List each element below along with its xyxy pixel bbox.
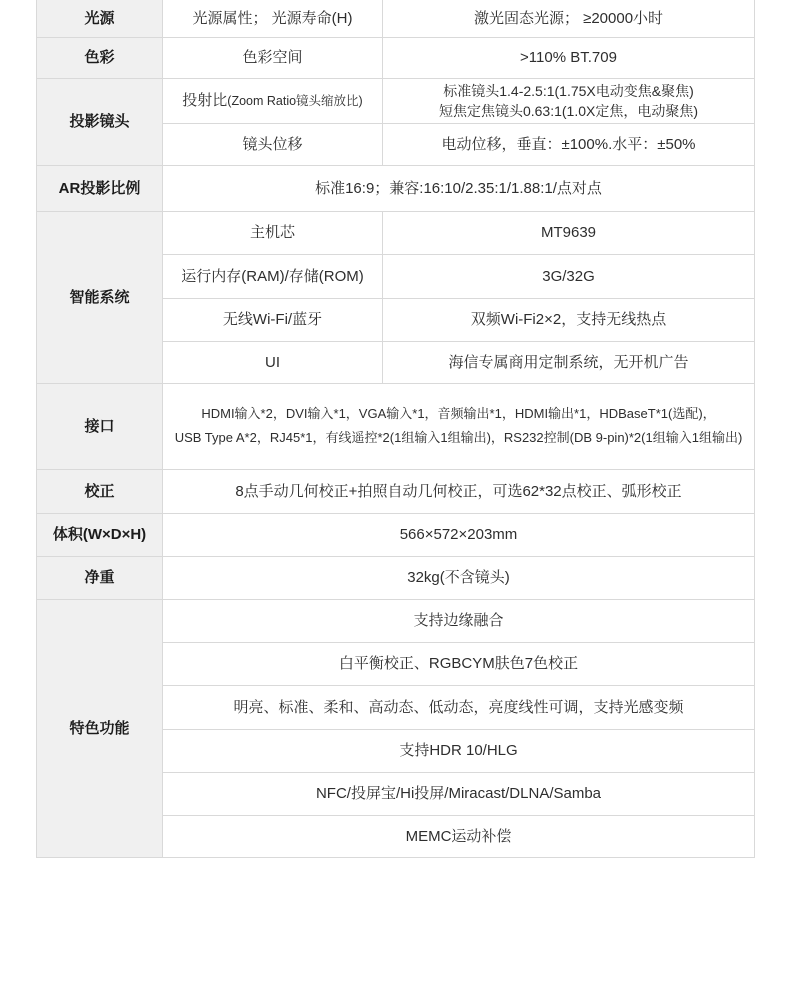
value-feature-edge-blending: 支持边缘融合 [163, 599, 755, 642]
attr-ui: UI [163, 341, 383, 383]
value-ui: 海信专属商用定制系统，无开机广告 [383, 341, 755, 383]
value-ports-line1: HDMI输入*2，DVI输入*1，VGA输入*1，音频输出*1，HDMI输出*1… [167, 402, 750, 426]
attr-wifi-bluetooth: 无线Wi-Fi/蓝牙 [163, 298, 383, 341]
value-wifi-bluetooth: 双频Wi-Fi2×2，支持无线热点 [383, 298, 755, 341]
category-features: 特色功能 [37, 599, 163, 857]
value-feature-hdr: 支持HDR 10/HLG [163, 729, 755, 772]
category-net-weight: 净重 [37, 556, 163, 599]
category-dimensions: 体积(W×D×H) [37, 513, 163, 556]
category-ports: 接口 [37, 383, 163, 469]
category-projection-lens: 投影镜头 [37, 78, 163, 165]
row-color: 色彩 色彩空间 >110% BT.709 [37, 37, 755, 78]
row-net-weight: 净重 32kg(不含镜头) [37, 556, 755, 599]
row-feature-edge-blending: 特色功能 支持边缘融合 [37, 599, 755, 642]
value-main-chip: MT9639 [383, 211, 755, 254]
value-light-source: 激光固态光源； ≥20000小时 [383, 0, 755, 37]
category-color: 色彩 [37, 37, 163, 78]
value-feature-memc: MEMC运动补偿 [163, 815, 755, 857]
spec-page: 光源 光源属性； 光源寿命(H) 激光固态光源； ≥20000小时 色彩 色彩空… [0, 0, 790, 992]
row-light-source: 光源 光源属性； 光源寿命(H) 激光固态光源； ≥20000小时 [37, 0, 755, 37]
attr-color-space: 色彩空间 [163, 37, 383, 78]
value-color-space: >110% BT.709 [383, 37, 755, 78]
attr-lens-shift: 镜头位移 [163, 123, 383, 165]
value-feature-color-correction: 白平衡校正、RGBCYM肤色7色校正 [163, 642, 755, 685]
value-lens-shift: 电动位移，垂直：±100%.水平：±50% [383, 123, 755, 165]
value-throw-ratio-line1: 标准镜头1.4-2.5:1(1.75X电动变焦&聚焦) [391, 81, 746, 101]
value-correction: 8点手动几何校正+拍照自动几何校正，可选62*32点校正、弧形校正 [163, 469, 755, 513]
attr-throw-ratio: 投射比(Zoom Ratio镜头缩放比) [163, 78, 383, 123]
value-ports: HDMI输入*2，DVI输入*1，VGA输入*1，音频输出*1，HDMI输出*1… [163, 383, 755, 469]
attr-ram-rom: 运行内存(RAM)/存储(ROM) [163, 254, 383, 298]
attr-throw-ratio-label: 投射比 [182, 92, 227, 109]
attr-light-source: 光源属性； 光源寿命(H) [163, 0, 383, 37]
row-dimensions: 体积(W×D×H) 566×572×203mm [37, 513, 755, 556]
category-ar-aspect: AR投影比例 [37, 165, 163, 211]
category-correction: 校正 [37, 469, 163, 513]
value-ar-aspect: 标准16:9；兼容:16:10/2.35:1/1.88:1/点对点 [163, 165, 755, 211]
attr-main-chip: 主机芯 [163, 211, 383, 254]
row-ar-aspect: AR投影比例 标准16:9；兼容:16:10/2.35:1/1.88:1/点对点 [37, 165, 755, 211]
value-feature-picture-modes: 明亮、标准、柔和、高动态、低动态，亮度线性可调，支持光感变频 [163, 685, 755, 729]
value-dimensions: 566×572×203mm [163, 513, 755, 556]
row-correction: 校正 8点手动几何校正+拍照自动几何校正，可选62*32点校正、弧形校正 [37, 469, 755, 513]
value-ports-line2: USB Type A*2，RJ45*1，有线遥控*2(1组输入1组输出)，RS2… [167, 426, 750, 450]
attr-throw-ratio-note: (Zoom Ratio镜头缩放比) [227, 94, 362, 108]
value-net-weight: 32kg(不含镜头) [163, 556, 755, 599]
category-light-source: 光源 [37, 0, 163, 37]
spec-table: 光源 光源属性； 光源寿命(H) 激光固态光源； ≥20000小时 色彩 色彩空… [36, 0, 755, 858]
row-main-chip: 智能系统 主机芯 MT9639 [37, 211, 755, 254]
row-throw-ratio: 投影镜头 投射比(Zoom Ratio镜头缩放比) 标准镜头1.4-2.5:1(… [37, 78, 755, 123]
value-ram-rom: 3G/32G [383, 254, 755, 298]
value-feature-casting: NFC/投屏宝/Hi投屏/Miracast/DLNA/Samba [163, 772, 755, 815]
category-smart-system: 智能系统 [37, 211, 163, 383]
value-throw-ratio-line2: 短焦定焦镜头0.63:1(1.0X定焦，电动聚焦) [391, 101, 746, 121]
row-ports: 接口 HDMI输入*2，DVI输入*1，VGA输入*1，音频输出*1，HDMI输… [37, 383, 755, 469]
value-throw-ratio: 标准镜头1.4-2.5:1(1.75X电动变焦&聚焦) 短焦定焦镜头0.63:1… [383, 78, 755, 123]
